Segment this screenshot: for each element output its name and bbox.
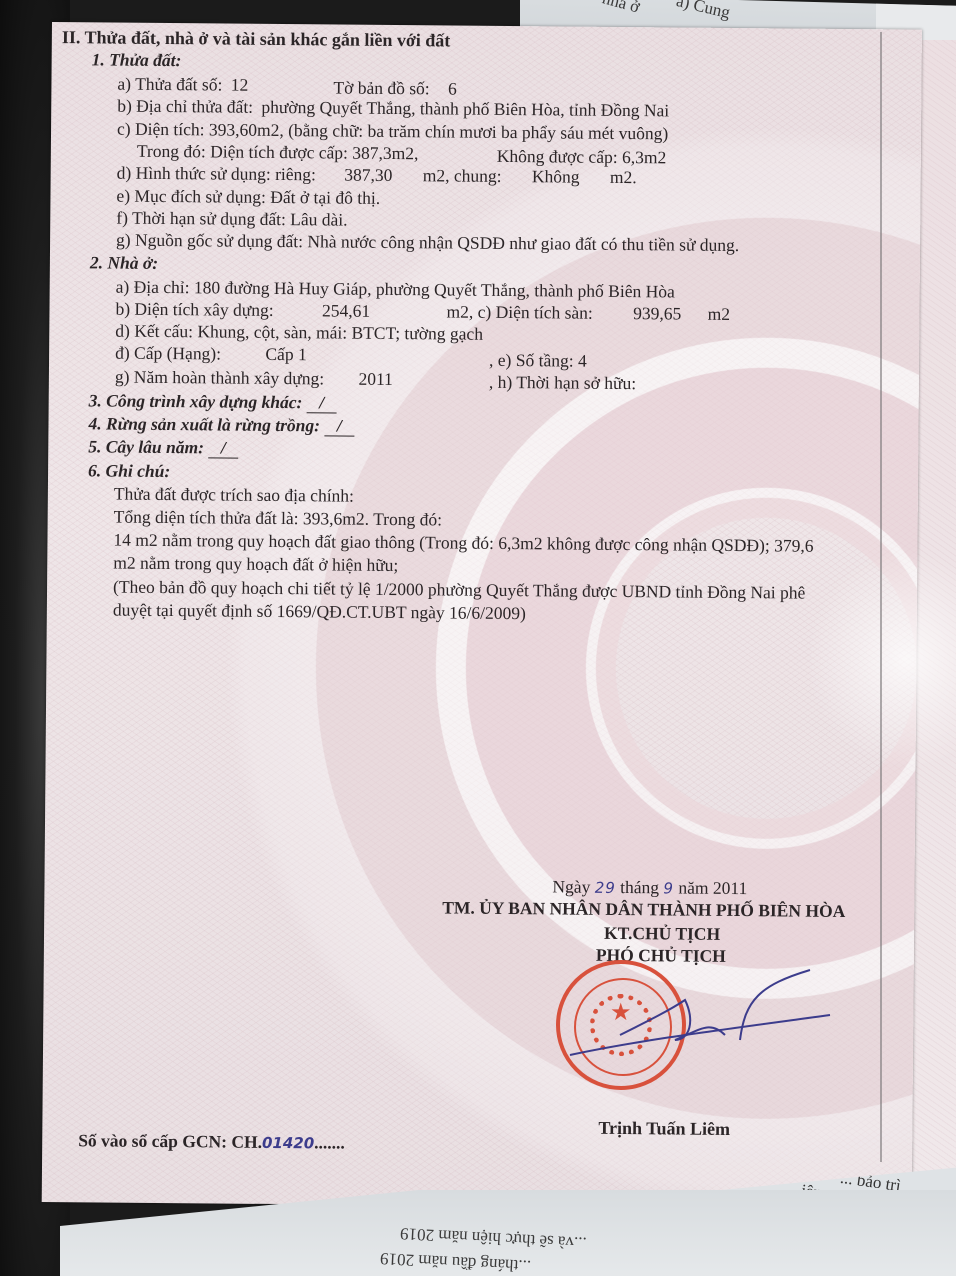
land-origin: g) Nguồn gốc sử dụng đất: Nhà nước công … xyxy=(116,232,739,255)
note-line: duyệt tại quyết định số 1669/QĐ.CT.UBT n… xyxy=(113,602,526,623)
on-behalf-of: KT.CHỦ TỊCH xyxy=(604,925,720,944)
note-line: 14 m2 nằm trong quy hoạch đất giao thông… xyxy=(113,532,813,556)
land-address-label: b) Địa chỉ thửa đất: xyxy=(117,96,253,117)
house-heading: 2. Nhà ở: xyxy=(90,254,158,272)
signer-name: Trịnh Tuấn Liêm xyxy=(598,1119,730,1138)
paper-snippet: nhà ở xyxy=(600,0,642,18)
paper-snippet: a) Cung xyxy=(675,0,732,23)
land-area: c) Diện tích: 393,60m2, (bằng chữ: ba tr… xyxy=(117,121,668,143)
parcel-label: a) Thửa đất số: xyxy=(117,74,222,95)
production-forest-value: / xyxy=(324,417,354,436)
land-heading: 1. Thửa đất: xyxy=(92,51,182,69)
usage-term: f) Thời hạn sử dụng đất: Lâu dài. xyxy=(116,210,347,230)
other-construction-value: / xyxy=(307,394,337,413)
note-line: m2 nằm trong quy hoạch đất ở hiện hữu; xyxy=(113,555,398,575)
map-sheet-value: 6 xyxy=(448,78,457,98)
section-title: II. Thửa đất, nhà ở và tài sản khác gắn … xyxy=(62,28,451,49)
shared-label: m2, chung: xyxy=(423,165,502,186)
land-address: b) Địa chỉ thửa đất: phường Quyết Thắng,… xyxy=(117,98,669,120)
grade-label: đ) Cấp (Hạng): xyxy=(115,343,221,364)
not-granted-area: Không được cấp: 6,3m2 xyxy=(497,148,667,167)
signature xyxy=(560,960,840,1070)
ownership-term: , h) Thời hạn sở hữu: xyxy=(489,374,636,393)
completion-year-label: g) Năm hoàn thành xây dựng: xyxy=(115,367,324,389)
construction-area-label: b) Diện tích xây dựng: xyxy=(115,299,273,320)
note-line: (Theo bản đồ quy hoạch chi tiết tỷ lệ 1/… xyxy=(113,579,805,603)
registry-number: Số vào sổ cấp GCN: CH.01420....... xyxy=(78,1132,345,1152)
production-forest-label: 4. Rừng sản xuất là rừng trồng: xyxy=(88,413,320,435)
date-prefix: Ngày xyxy=(552,876,590,896)
usage-form: d) Hình thức sử dụng: riêng: 387,30 m2, … xyxy=(117,165,637,187)
date-month: 9 xyxy=(663,879,674,897)
map-sheet: Tờ bản đồ số: 6 xyxy=(333,79,457,98)
date-day: 29 xyxy=(595,879,616,897)
floor-area-unit: m2 xyxy=(708,304,731,324)
grade: đ) Cấp (Hạng): Cấp 1 xyxy=(115,345,307,364)
issuing-authority: TM. ỦY BAN NHÂN DÂN THÀNH PHỐ BIÊN HÒA xyxy=(442,899,845,920)
date-year: năm 2011 xyxy=(678,877,747,898)
floors: , e) Số tầng: 4 xyxy=(489,352,587,370)
month-label: tháng xyxy=(620,877,659,897)
perennial-trees: 5. Cây lâu năm: / xyxy=(88,438,238,458)
usage-purpose: e) Mục đích sử dụng: Đất ở tại đô thị. xyxy=(116,188,380,208)
perennial-trees-value: / xyxy=(208,439,238,458)
grade-value: Cấp 1 xyxy=(265,344,307,364)
parcel-number-label: a) Thửa đất số: 12 xyxy=(117,76,248,95)
structure: d) Kết cấu: Khung, cột, sàn, mái: BTCT; … xyxy=(115,323,483,344)
issue-date: Ngày 29 tháng 9 năm 2011 xyxy=(552,878,747,897)
note-line: Tổng diện tích thửa đất là: 393,6m2. Tro… xyxy=(114,509,442,529)
other-construction: 3. Công trình xây dựng khác: / xyxy=(89,392,337,413)
parcel-value: 12 xyxy=(231,75,249,95)
floor-area-label: m2, c) Diện tích sàn: xyxy=(446,301,592,322)
granted-area: Trong đó: Diện tích được cấp: 387,3m2, xyxy=(137,143,419,163)
perennial-trees-label: 5. Cây lâu năm: xyxy=(88,436,204,457)
shared-value: Không xyxy=(532,166,580,186)
construction-area-value: 254,61 xyxy=(322,300,370,320)
page-fold xyxy=(880,32,882,1162)
completion-year: g) Năm hoàn thành xây dựng: 2011 xyxy=(115,369,393,389)
land-address-value: phường Quyết Thắng, thành phố Biên Hòa, … xyxy=(261,97,669,121)
private-area-value: 387,30 xyxy=(344,165,392,185)
registry-value: 01420 xyxy=(262,1134,314,1152)
note-line: Thửa đất được trích sao địa chính: xyxy=(114,486,354,506)
other-construction-label: 3. Công trình xây dựng khác: xyxy=(89,390,303,412)
floor-area-value: 939,65 xyxy=(633,303,681,323)
unit: m2. xyxy=(610,167,637,187)
house-address: a) Địa chỉ: 180 đường Hà Huy Giáp, phườn… xyxy=(116,279,675,301)
construction-area: b) Diện tích xây dựng: 254,61 m2, c) Diệ… xyxy=(115,301,730,324)
paper-snippet-upside-down: ...tháng đầu năm 2019 xyxy=(380,1248,532,1276)
paper-snippet-upside-down: ...và sẽ thực hiện năm 2019 xyxy=(400,1223,588,1253)
notes-heading: 6. Ghi chú: xyxy=(88,462,170,480)
usage-form-label: d) Hình thức sử dụng: riêng: xyxy=(117,163,316,185)
map-sheet-label: Tờ bản đồ số: xyxy=(333,77,429,98)
completion-year-value: 2011 xyxy=(358,369,393,389)
registry-label: Số vào sổ cấp GCN: CH. xyxy=(78,1130,262,1152)
production-forest: 4. Rừng sản xuất là rừng trồng: / xyxy=(88,415,354,436)
